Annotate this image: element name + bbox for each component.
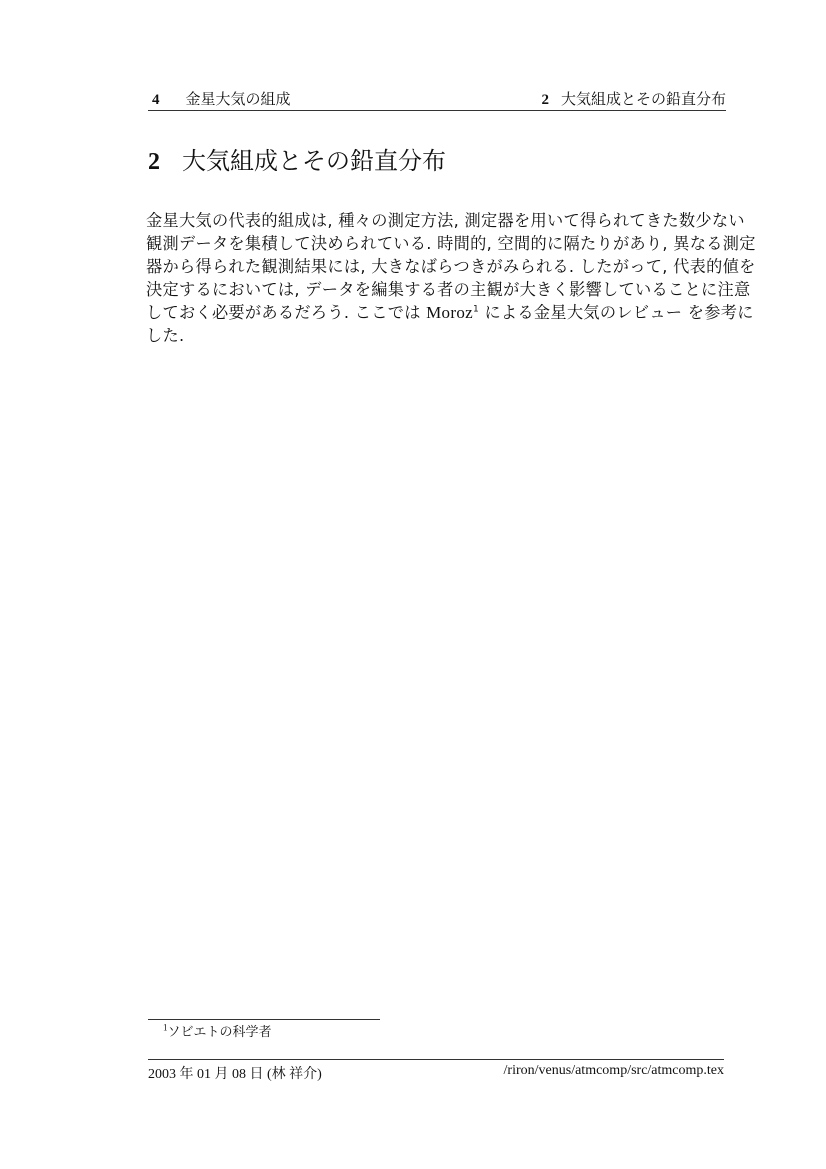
running-head-right: 2大気組成とその鉛直分布 (541, 88, 726, 109)
document-page: 4金星大気の組成 2大気組成とその鉛直分布 2大気組成とその鉛直分布 金星大気の… (0, 0, 826, 1169)
body-line: 器から得られた観測結果には, 大きなばらつきがみられる. したがって, 代表的値… (146, 255, 728, 278)
footer-divider (148, 1059, 724, 1060)
body-line: しておく必要があるだろう. ここでは Moroz1 による金星大気のレビュー を… (146, 301, 728, 324)
running-head-left: 4金星大気の組成 (152, 88, 291, 109)
running-section-number: 2 (541, 92, 549, 108)
body-line: した. (146, 324, 728, 347)
footer-file-path: /riron/venus/atmcomp/src/atmcomp.tex (504, 1063, 724, 1079)
page-number: 4 (152, 92, 160, 108)
cited-author: Moroz (426, 303, 473, 322)
section-number: 2 (148, 149, 160, 175)
footnote-text: ソビエトの科学者 (168, 1025, 272, 1040)
body-line-head: しておく必要があるだろう. ここでは (146, 303, 426, 322)
running-section-title: 大気組成とその鉛直分布 (561, 90, 726, 108)
footnote-divider (148, 1019, 380, 1020)
section-heading: 2大気組成とその鉛直分布 (148, 141, 446, 176)
body-line: 観測データを集積して決められている. 時間的, 空間的に隔たりがあり, 異なる測… (146, 232, 728, 255)
section-title: 大気組成とその鉛直分布 (182, 147, 446, 175)
body-line: 金星大気の代表的組成は, 種々の測定方法, 測定器を用いて得られてきた数少ない (146, 209, 728, 232)
footnote: 1ソビエトの科学者 (163, 1021, 272, 1040)
running-head: 4金星大気の組成 2大気組成とその鉛直分布 (148, 88, 726, 111)
chapter-title: 金星大気の組成 (186, 90, 291, 108)
body-paragraph: 金星大気の代表的組成は, 種々の測定方法, 測定器を用いて得られてきた数少ない … (146, 209, 728, 348)
footer-date-author: 2003 年 01 月 08 日 (林 祥介) (148, 1063, 322, 1083)
body-line-tail: による金星大気のレビュー を参考に (479, 303, 754, 322)
body-line: 決定するにおいては, データを編集する者の主観が大きく影響していることに注意 (146, 278, 728, 301)
